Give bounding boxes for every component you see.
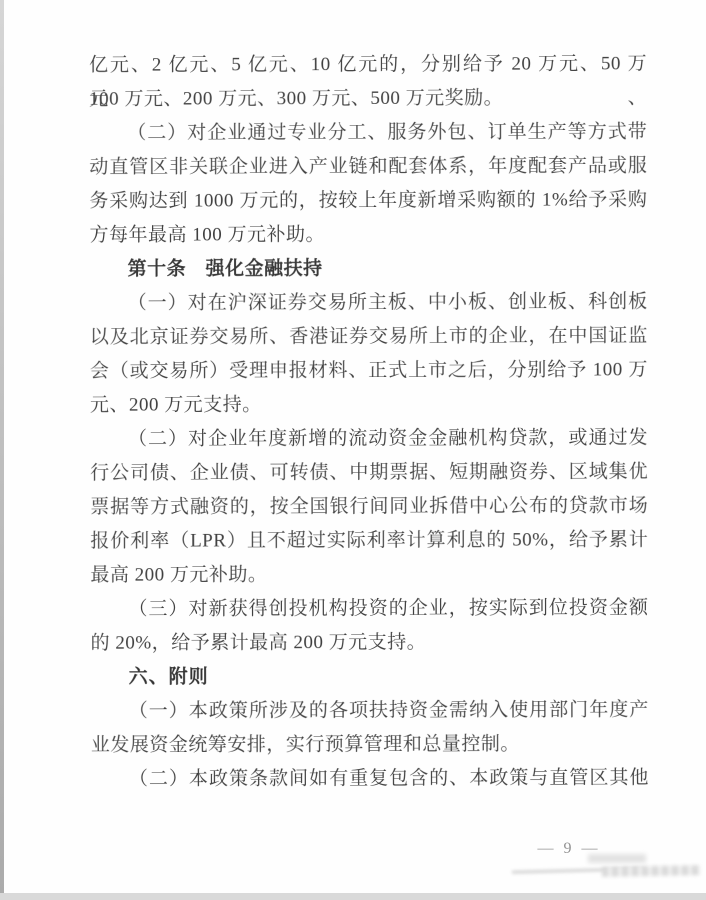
text-line: 亿元、2 亿元、5 亿元、10 亿元的，分别给予 20 万元、50 万元、 — [89, 47, 647, 82]
text-line: 方每年最高 100 万元补助。 — [89, 217, 647, 252]
text-line: 最高 200 万元补助。 — [90, 557, 648, 592]
scan-edge-bottom — [0, 893, 706, 900]
text-line: （二）对企业通过专业分工、服务外包、订单生产等方式带 — [89, 115, 647, 150]
text-line: （三）对新获得创投机构投资的企业，按实际到位投资金额 — [90, 591, 648, 626]
text-line: 会（或交易所）受理申报材料、正式上市之后，分别给予 100 万 — [90, 353, 648, 388]
document-page-text: 亿元、2 亿元、5 亿元、10 亿元的，分别给予 20 万元、50 万元、 10… — [89, 47, 649, 796]
text-line: 元、200 万元支持。 — [90, 387, 648, 422]
scan-artifact — [602, 865, 700, 877]
text-line: 动直管区非关联企业进入产业链和配套体系，年度配套产品或服 — [89, 149, 647, 184]
text-line: 票据等方式融资的，按全国银行间同业拆借中心公布的贷款市场 — [90, 489, 648, 524]
section-heading-article-10: 第十条 强化金融扶持 — [90, 251, 648, 286]
text-line: 行公司债、企业债、可转债、中期票据、短期融资券、区域集优 — [90, 455, 648, 490]
text-line: （一）对在沪深证券交易所主板、中小板、创业板、科创板 — [90, 285, 648, 320]
section-heading-appendix: 六、附则 — [91, 659, 649, 694]
text-line: （二）本政策条款间如有重复包含的、本政策与直管区其他 — [91, 761, 649, 796]
text-line: 务采购达到 1000 万元的，按较上年度新增采购额的 1%给予采购 — [89, 183, 647, 218]
text-line: （二）对企业年度新增的流动资金金融机构贷款，或通过发 — [90, 421, 648, 456]
scan-artifact — [588, 854, 646, 863]
text-line: 业发展资金统筹安排，实行预算管理和总量控制。 — [91, 727, 649, 762]
text-line: 以及北京证券交易所、香港证券交易所上市的企业，在中国证监 — [90, 319, 648, 354]
text-line: 报价利率（LPR）且不超过实际利率计算利息的 50%，给予累计 — [90, 523, 648, 558]
scan-edge-left — [0, 0, 4, 894]
text-line: （一）本政策所涉及的各项扶持资金需纳入使用部门年度产 — [91, 693, 649, 728]
text-line: 的 20%，给予累计最高 200 万元支持。 — [91, 625, 649, 660]
